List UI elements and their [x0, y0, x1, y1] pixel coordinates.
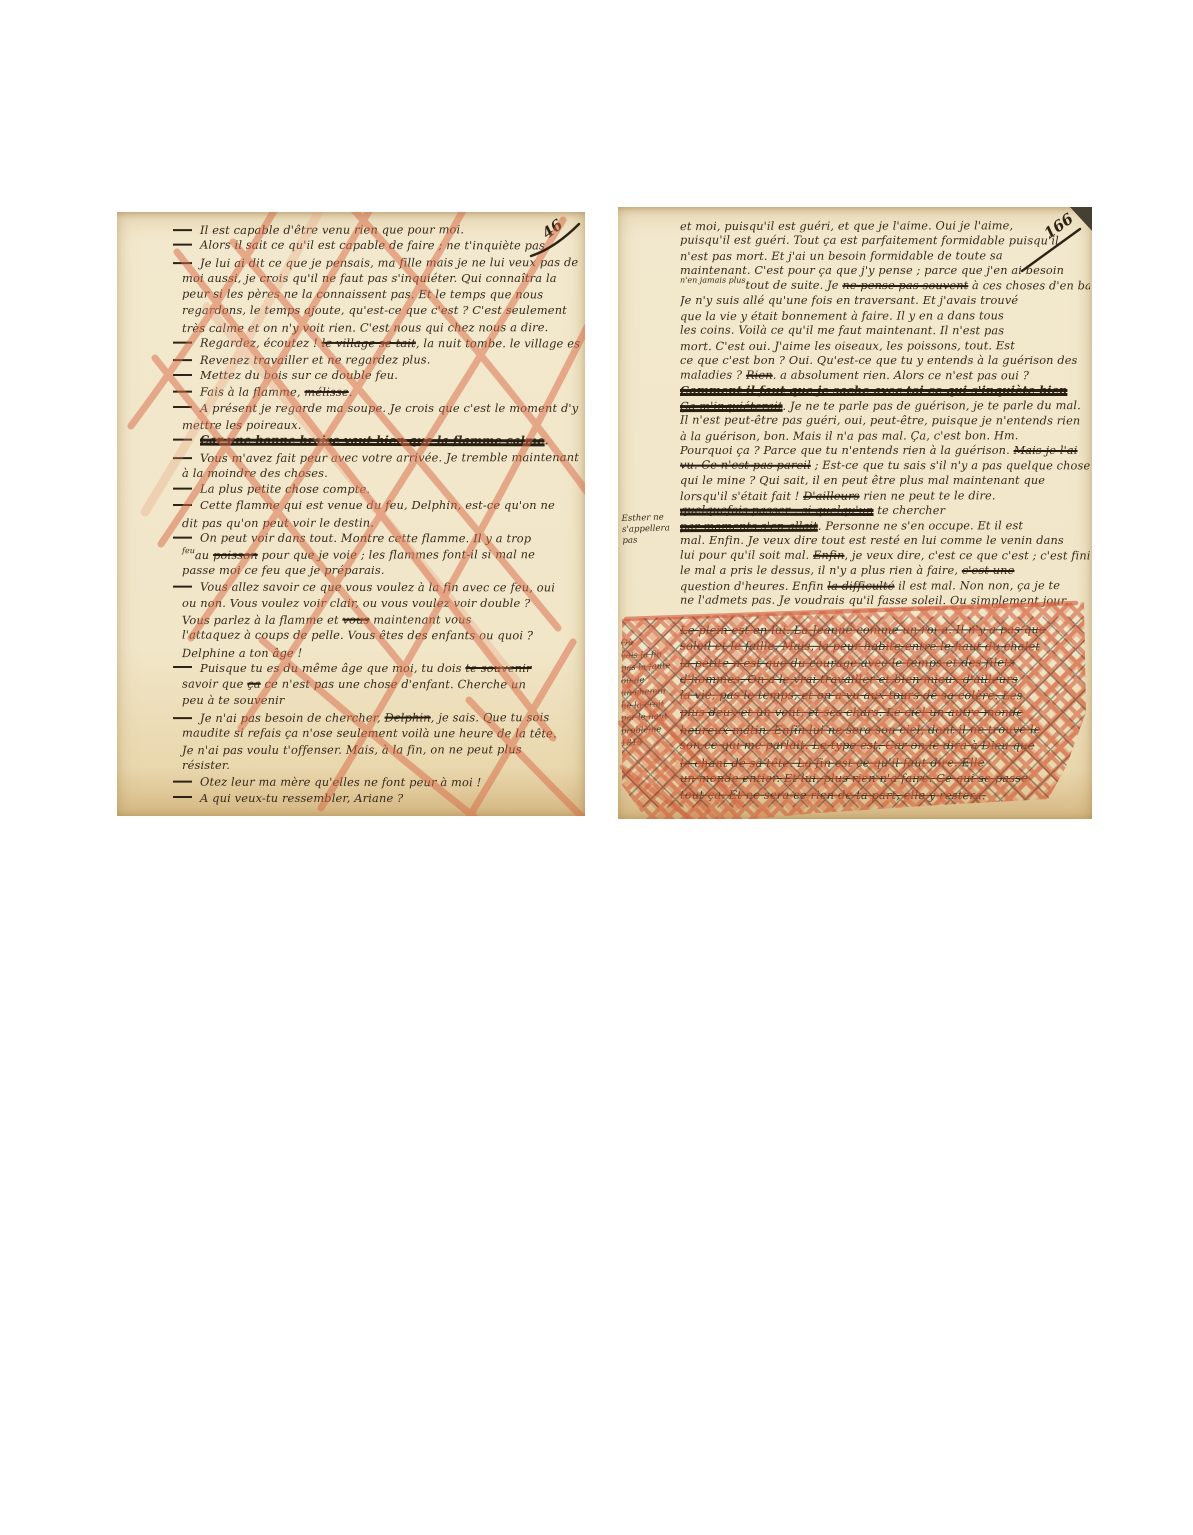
manuscript-line: le mal a pris le dessus, il n'y a plus r…	[680, 563, 1090, 578]
manuscript-line: Alors il sait ce qu'il est capable de fa…	[168, 237, 581, 254]
manuscript-page-left: 46 Il est capable d'être venu rien que p…	[117, 212, 585, 816]
dialogue-dash	[168, 578, 200, 594]
manuscript-line: Vous m'avez fait peur avec votre arrivée…	[168, 449, 581, 466]
manuscript-line: peur si les pères ne la connaissent pas.…	[168, 286, 581, 303]
left-page-text: Il est capable d'être venu rien que pour…	[168, 221, 581, 812]
manuscript-line: A qui veux-tu ressembler, Ariane ?	[168, 790, 581, 806]
dialogue-dash	[168, 660, 200, 676]
manuscript-line: Car une bonne braise vaut bien que la fl…	[168, 432, 581, 449]
manuscript-line: à la moindre des choses.	[168, 465, 581, 481]
manuscript-line: Je lui ai dit ce que je pensais, ma fill…	[168, 254, 581, 271]
right-page-text: et moi, puisqu'il est guéri, et que je l…	[680, 218, 1090, 618]
dialogue-dash	[168, 481, 200, 497]
manuscript-line: très calme et on n'y voit rien. C'est no…	[168, 319, 581, 336]
manuscript-line: n'est pas mort. Et j'ai un besoin formid…	[680, 248, 1090, 264]
manuscript-line: Il n'est peut-être pas guéri, oui, peut-…	[680, 413, 1090, 429]
dialogue-dash	[168, 334, 200, 350]
manuscript-line: savoir que ça ce n'est pas une chose d'e…	[168, 676, 581, 693]
dialogue-dash	[168, 432, 200, 448]
manuscript-line: regardons, le temps ajoute, qu'est-ce qu…	[168, 302, 581, 318]
dialogue-dash	[168, 773, 200, 789]
dialogue-dash	[168, 497, 200, 513]
manuscript-line: vu. Ce n'est pas pareil ; Est-ce que tu …	[680, 458, 1090, 474]
manuscript-line: à la guérison, bon. Mais il n'a pas mal.…	[680, 428, 1090, 444]
manuscript-line: mal. Enfin. Je veux dire tout est resté …	[680, 533, 1090, 548]
manuscript-line: Regardez, écoutez ! le village se tait, …	[168, 334, 581, 351]
dialogue-dash	[168, 352, 200, 368]
crossed-manuscript-line: la vie, pas le temps, et on a vu aux tou…	[680, 687, 1090, 704]
crossed-manuscript-line: plus deux et un vent, et ses chars. Le c…	[680, 704, 1090, 721]
manuscript-line: Otez leur ma mère qu'elles ne font peur …	[168, 773, 581, 790]
margin-scribbles: Où vois la fin pas la faute ou de un che…	[621, 635, 679, 748]
manuscript-line: maudite si refais ça n'ose seulement voi…	[168, 724, 581, 741]
manuscript-line: Comment il faut que je sache avec toi ce…	[680, 383, 1090, 398]
manuscript-line: Cette flamme qui est venue du feu, Delph…	[168, 497, 581, 513]
crossed-manuscript-line: un monde entier. Et lui, plus rien n'a f…	[680, 770, 1090, 787]
dialogue-dash	[168, 237, 200, 253]
dialogue-dash	[168, 710, 200, 726]
manuscript-spread: 46 Il est capable d'être venu rien que p…	[0, 0, 1193, 1535]
manuscript-page-right: 166 Esther ne s'appellera pas Où vois la…	[618, 207, 1092, 819]
manuscript-line: qui le mine ? Qui sait, il en peut être …	[680, 473, 1090, 488]
manuscript-line: Vous allez savoir ce que vous voulez à l…	[168, 578, 581, 595]
crossed-manuscript-line: d'hommes. On a le vrai travailler et bie…	[680, 671, 1090, 688]
manuscript-line: Je n'y suis allé qu'une fois en traversa…	[680, 293, 1090, 308]
manuscript-line: Puisque tu es du même âge que moi, tu do…	[168, 660, 581, 676]
dialogue-dash	[168, 383, 200, 399]
manuscript-line: les coins. Voilà ce qu'il me faut mainte…	[680, 323, 1090, 339]
crossed-manuscript-line: heureux matin. Enfin lui ne sera son cie…	[680, 721, 1090, 739]
dialogue-dash	[168, 255, 200, 271]
dialogue-dash	[168, 790, 200, 806]
manuscript-line: maladies ? Rien. a absolument rien. Alor…	[680, 368, 1090, 384]
manuscript-line: Pourquoi ça ? Parce que tu n'entends rie…	[680, 443, 1090, 458]
manuscript-line: par moments s'en allait. Personne ne s'e…	[680, 518, 1090, 534]
right-page-crossed-text: Le plein est en lui. La Jeanne comme un …	[680, 621, 1090, 817]
manuscript-line: dit pas qu'on peut voir le destin.	[168, 514, 581, 531]
manuscript-line: quelquefois passer ; si quelqu'un te che…	[680, 503, 1090, 519]
manuscript-line: feuau poisson pour que je voie ; les fla…	[168, 546, 581, 563]
crossed-manuscript-line: le chant de sa tête. La fin est ce qu'il…	[680, 754, 1090, 772]
manuscript-line: La plus petite chose compte.	[168, 481, 581, 498]
crossed-manuscript-line: tout ça. Et ne sera-ce rien de ta part, …	[680, 787, 1090, 804]
manuscript-line: n'en jamais plustout de suite. Je ne pen…	[680, 278, 1090, 294]
crossed-manuscript-line: son ce qui me parlait. Le type est. Car …	[680, 737, 1090, 754]
crossed-manuscript-line: soleil et le faille. Mais, la peur habit…	[680, 637, 1090, 654]
margin-note: Esther ne s'appellera pas	[621, 512, 680, 547]
dialogue-dash	[168, 400, 200, 416]
manuscript-line: Je n'ai pas voulu t'offenser. Mais, à la…	[168, 741, 581, 758]
manuscript-line: Delphine a ton âge !	[168, 644, 581, 661]
manuscript-line: moi aussi, je crois qu'il ne faut pas s'…	[168, 270, 581, 286]
dialogue-dash	[168, 367, 200, 383]
crossed-manuscript-line: Le plein est en lui. La Jeanne comme un …	[680, 621, 1090, 639]
manuscript-line: lui pour qu'il soit mal. Enfin, je veux …	[680, 548, 1090, 564]
manuscript-line: ou non. Vous voulez voir clair, ou vous …	[168, 595, 581, 611]
manuscript-line: Revenez travailler et ne regardez plus.	[168, 351, 581, 368]
manuscript-line: Fais à la flamme, mélisse.	[168, 383, 581, 400]
manuscript-line: ce que c'est bon ? Oui. Qu'est-ce que tu…	[680, 353, 1090, 368]
manuscript-line: A présent je regarde ma soupe. Je crois …	[168, 400, 581, 416]
manuscript-line: résister.	[168, 757, 581, 773]
manuscript-line: On peut voir dans tout. Montre cette fla…	[168, 529, 581, 546]
manuscript-line: mort. C'est oui. J'aime les oiseaux, les…	[680, 338, 1090, 354]
manuscript-line: Je n'ai pas besoin de chercher, Delphin,…	[168, 709, 581, 726]
manuscript-line: Mettez du bois sur ce double feu.	[168, 367, 581, 383]
margin-scribble-line: 1815	[621, 733, 680, 749]
manuscript-line: ne l'admets pas. Je voudrais qu'il fasse…	[680, 593, 1090, 609]
manuscript-line: passe moi ce feu que je préparais.	[168, 562, 581, 578]
manuscript-line: puisqu'il est guéri. Tout ça est parfait…	[680, 233, 1090, 249]
manuscript-line: l'attaquez à coups de pelle. Vous êtes d…	[168, 627, 581, 644]
dialogue-dash	[168, 450, 200, 466]
manuscript-line: peu à te souvenir	[168, 692, 581, 708]
crossed-manuscript-line: la petite n'est que du courage avec le t…	[680, 654, 1090, 672]
